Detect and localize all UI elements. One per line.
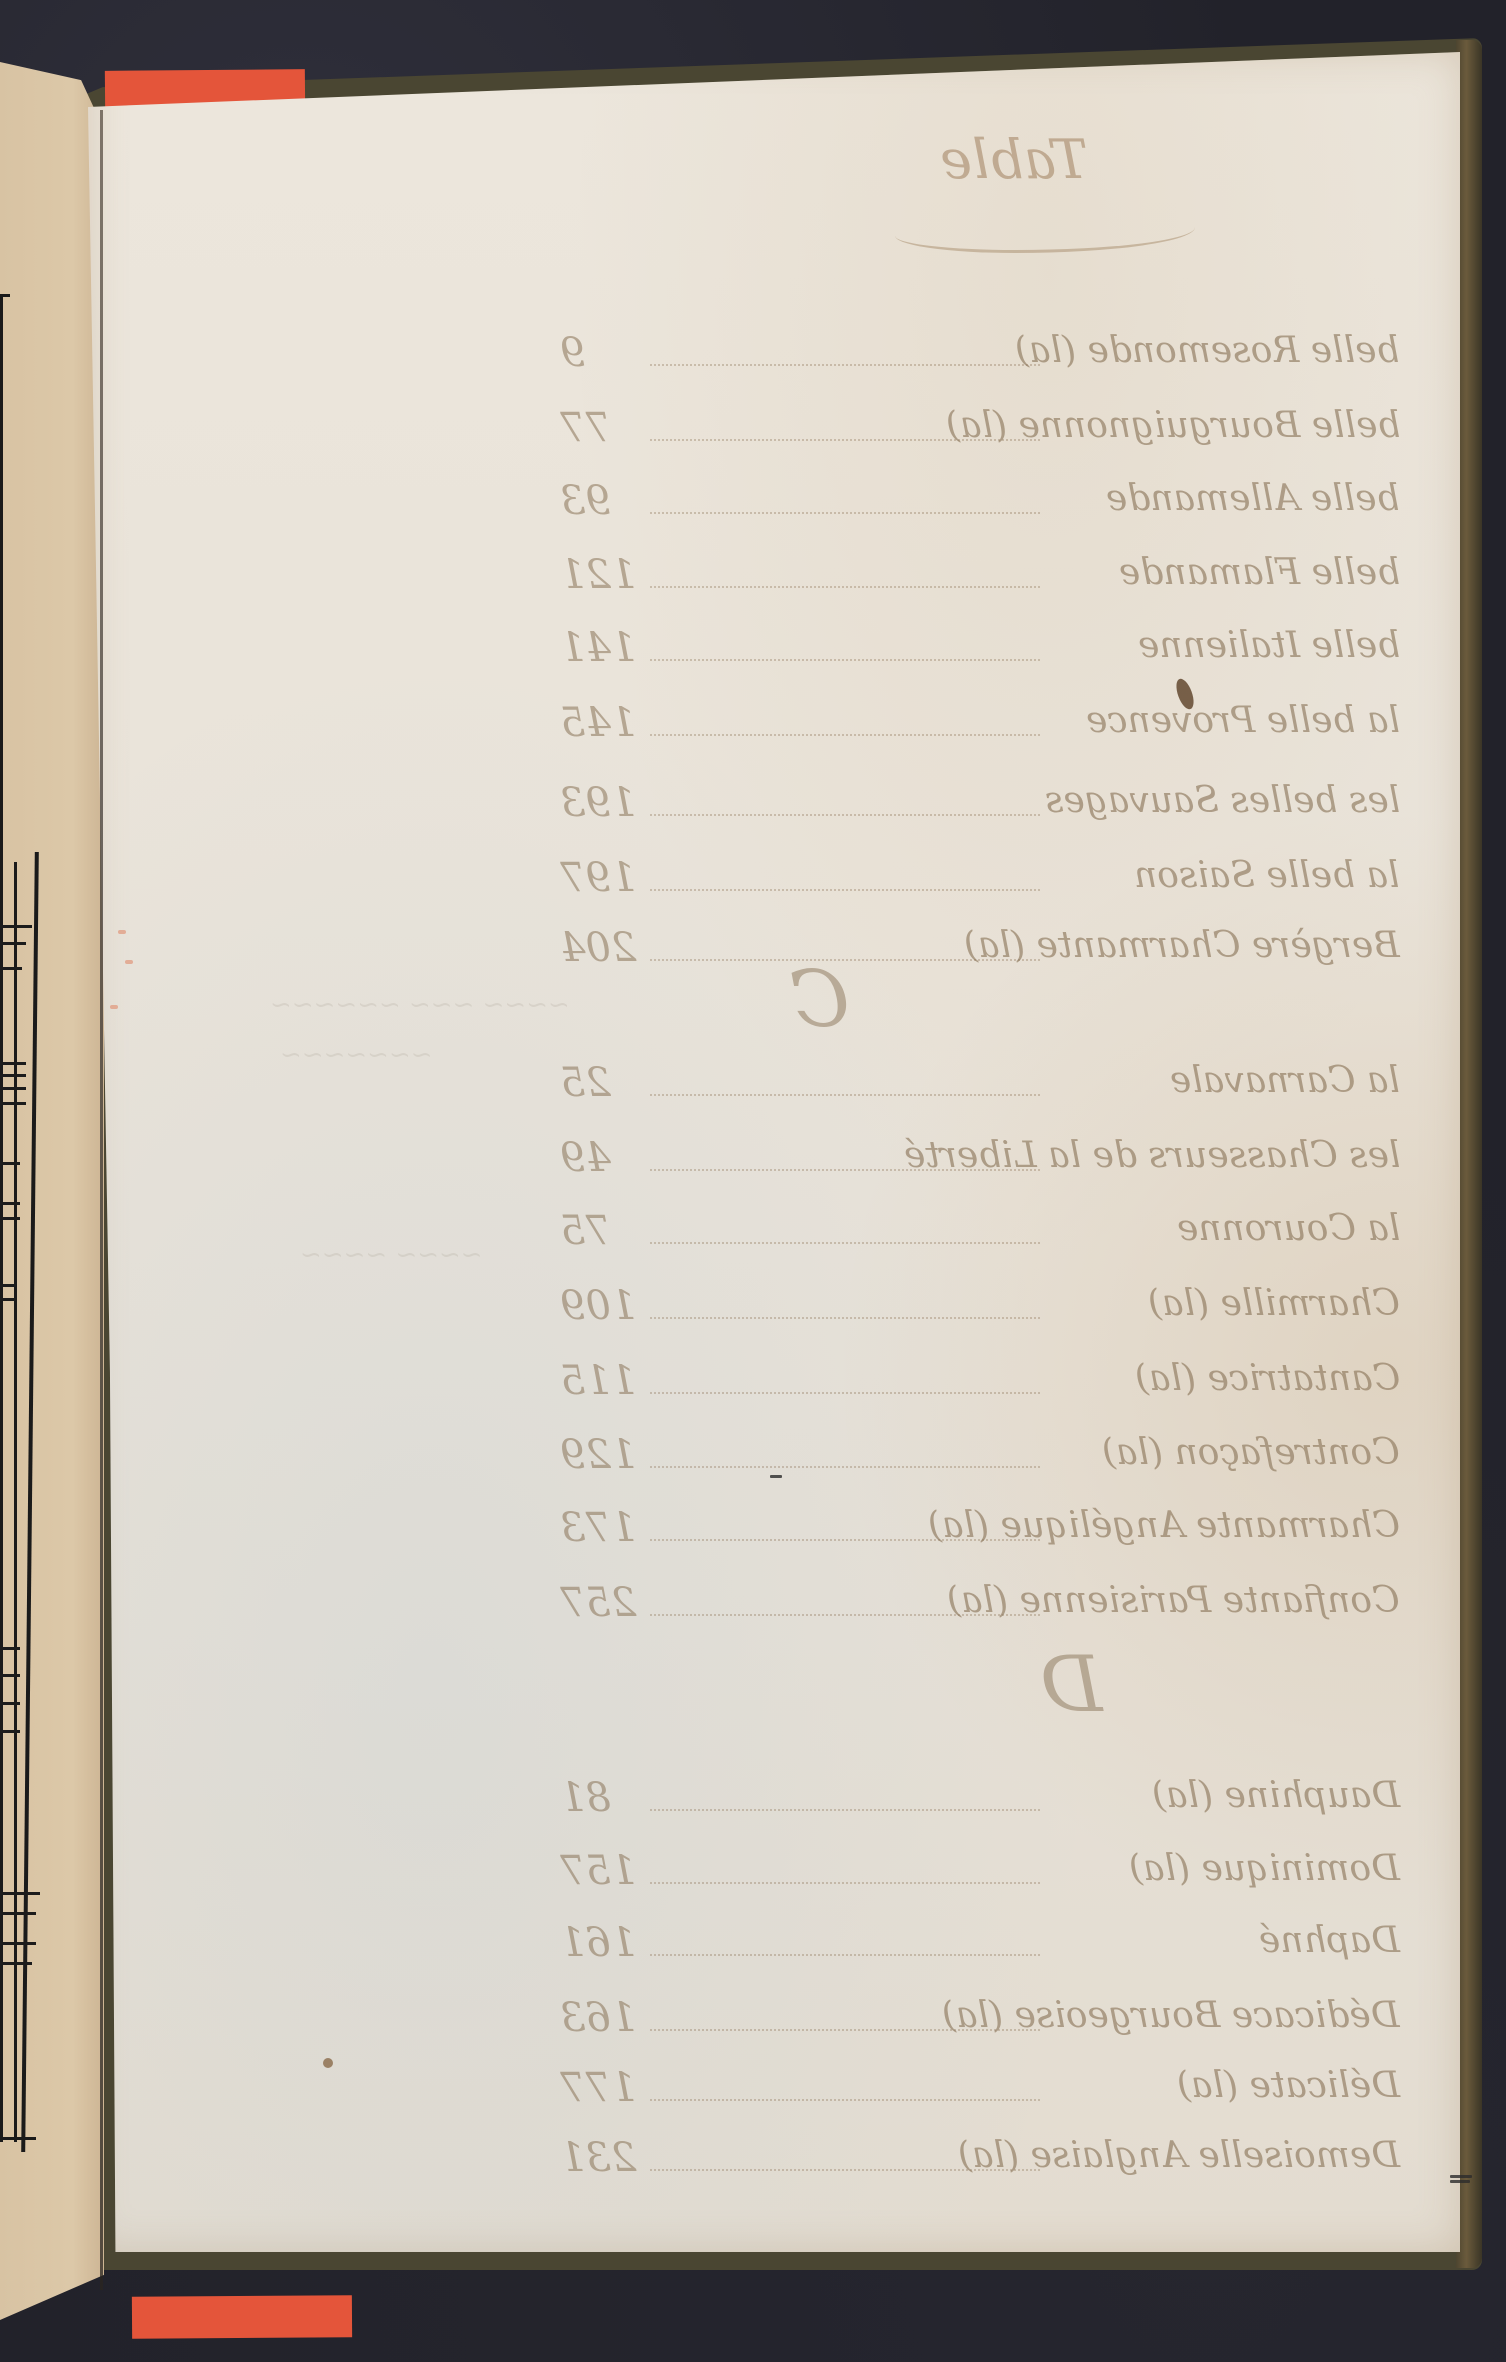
- index-entry: 93 belle Allemande: [560, 478, 1460, 538]
- index-heading: Table: [940, 128, 1088, 191]
- entry-title: Daphné: [1259, 1920, 1400, 1961]
- index-entry: 115 Cantatrice (la): [560, 1358, 1460, 1418]
- dotted-leader: [650, 1317, 1040, 1319]
- entry-title: Dominique (la): [1129, 1848, 1400, 1889]
- border-tick: [0, 1730, 20, 1733]
- dotted-leader: [650, 512, 1040, 514]
- index-entry: 173 Charmante Angélique (la): [560, 1505, 1460, 1565]
- dotted-leader: [650, 1094, 1040, 1096]
- index-entry: 75 la Couronne: [560, 1208, 1460, 1268]
- index-entry: 121 belle Flamande: [560, 552, 1460, 612]
- entry-title: belle Bourguignonne (la): [946, 405, 1400, 446]
- index-entry: 163 Dédicace Bourgeoise (la): [560, 1995, 1460, 2055]
- border-tick: [0, 1702, 20, 1705]
- index-entry: 129 Contrefaçon (la): [560, 1432, 1460, 1492]
- entry-page-number: 157: [560, 1848, 636, 1894]
- border-tick: [0, 1647, 20, 1650]
- dotted-leader: [650, 586, 1040, 588]
- border-line: [0, 2137, 36, 2140]
- index-entry: 9 belle Rosemonde (la): [560, 330, 1460, 390]
- entry-page-number: 163: [560, 1995, 636, 2041]
- paper-stain: [323, 2058, 333, 2068]
- dotted-leader: [650, 734, 1040, 736]
- red-ink-fleck: [110, 1005, 118, 1009]
- border-tick: [0, 1062, 26, 1065]
- dotted-leader: [650, 1466, 1040, 1468]
- border-tick: [0, 1074, 26, 1077]
- border-tick: [0, 1892, 40, 1895]
- entry-title: la belle Provence: [1086, 700, 1400, 741]
- border-line: [21, 852, 39, 2152]
- entry-page-number: 81: [560, 1775, 611, 1821]
- section-letter-c: C: [790, 955, 850, 1045]
- border-tick: [0, 1298, 16, 1301]
- index-entry: 197 la belle Saison: [560, 855, 1460, 915]
- border-tick: [0, 1962, 32, 1965]
- entry-title: belle Italienne: [1138, 625, 1400, 666]
- entry-page-number: 109: [560, 1283, 636, 1329]
- dotted-leader: [650, 1882, 1040, 1884]
- border-line: [0, 294, 10, 297]
- entry-title: Charmille (la): [1148, 1283, 1400, 1324]
- entry-page-number: 193: [560, 780, 636, 826]
- entry-page-number: 115: [560, 1358, 636, 1404]
- entry-title: Cantatrice (la): [1135, 1358, 1400, 1399]
- entry-page-number: 25: [560, 1060, 611, 1106]
- entry-title: Contrefaçon (la): [1102, 1432, 1400, 1473]
- dotted-leader: [650, 1242, 1040, 1244]
- index-entry: 49 les Chasseurs de la Liberté: [560, 1135, 1460, 1195]
- index-entry: 157 Dominique (la): [560, 1848, 1460, 1908]
- index-entry: 25 la Carnavale: [560, 1060, 1460, 1120]
- entry-title: Confiante Parisienne (la): [947, 1580, 1400, 1621]
- headband-ribbon-bottom: [132, 2295, 352, 2339]
- index-entry: 231 Demoiselle Anglaise (la): [560, 2135, 1460, 2195]
- ink-dash: [770, 1475, 782, 1478]
- entry-page-number: 231: [560, 2135, 636, 2181]
- entry-page-number: 204: [560, 925, 636, 971]
- entry-title: les belles Sauvages: [1045, 780, 1400, 821]
- entry-page-number: 77: [560, 405, 611, 451]
- border-tick: [0, 942, 26, 945]
- border-tick: [0, 1217, 20, 1220]
- ink-dash: [1450, 2180, 1470, 2183]
- gutter-fold: [100, 110, 103, 2290]
- dotted-leader: [650, 1392, 1040, 1394]
- section-letter-d: D: [1040, 1640, 1103, 1730]
- index-entry: 109 Charmille (la): [560, 1283, 1460, 1343]
- entry-title: belle Flamande: [1119, 552, 1400, 593]
- border-tick: [0, 1912, 36, 1915]
- index-entry: 145 la belle Provence: [560, 700, 1460, 760]
- entry-page-number: 93: [560, 478, 611, 524]
- index-entry: 81 Dauphine (la): [560, 1775, 1460, 1835]
- entry-title: la Couronne: [1177, 1208, 1400, 1249]
- border-tick: [0, 1674, 20, 1677]
- dotted-leader: [650, 1954, 1040, 1956]
- border-tick: [0, 1102, 26, 1105]
- entry-title: la Carnavale: [1170, 1060, 1400, 1101]
- heading-text: Table: [940, 128, 1088, 191]
- entry-page-number: 121: [560, 552, 636, 598]
- entry-page-number: 75: [560, 1208, 611, 1254]
- ink-dash: [1450, 2175, 1472, 2178]
- border-tick: [0, 1284, 16, 1287]
- index-entry: 193 les belles Sauvages: [560, 780, 1460, 840]
- entry-page-number: 129: [560, 1432, 636, 1478]
- dotted-leader: [650, 364, 1040, 366]
- index-entry: 257 Confiante Parisienne (la): [560, 1580, 1460, 1640]
- border-tick: [0, 1087, 26, 1090]
- dotted-leader: [650, 814, 1040, 816]
- dotted-leader: [650, 1809, 1040, 1811]
- ghost-text: ~~~~ ~~~ ~~~~~~: [270, 990, 570, 1020]
- entry-title: la belle Saison: [1134, 855, 1400, 896]
- entry-title: Dauphine (la): [1152, 1775, 1400, 1816]
- index-entry: 161 Daphné: [560, 1920, 1460, 1980]
- entry-title: Demoiselle Anglaise (la): [958, 2135, 1400, 2176]
- entry-title: les Chasseurs de la Liberté: [904, 1135, 1400, 1176]
- border-tick: [0, 1162, 20, 1165]
- border-tick: [0, 1202, 20, 1205]
- border-tick: [0, 1942, 36, 1945]
- border-tick: [0, 925, 32, 928]
- left-facing-page: [0, 62, 104, 2320]
- entry-title: Bergère Charmante (la): [964, 925, 1400, 966]
- entry-title: belle Allemande: [1106, 478, 1400, 519]
- entry-page-number: 141: [560, 625, 636, 671]
- ghost-text: ~~~~ ~~~~: [300, 1240, 483, 1270]
- entry-page-number: 161: [560, 1920, 636, 1966]
- index-entry: 204 Bergère Charmante (la): [560, 925, 1460, 985]
- entry-page-number: 145: [560, 700, 636, 746]
- entry-page-number: 49: [560, 1135, 611, 1181]
- dotted-leader: [650, 659, 1040, 661]
- ghost-text: ~~~~~~~: [280, 1040, 433, 1070]
- entry-page-number: 197: [560, 855, 636, 901]
- entry-page-number: 177: [560, 2065, 636, 2111]
- dotted-leader: [650, 2099, 1040, 2101]
- red-ink-fleck: [125, 960, 133, 964]
- index-entry: 77 belle Bourguignonne (la): [560, 405, 1460, 465]
- entry-title: Charmante Angélique (la): [928, 1505, 1400, 1546]
- entry-title: belle Rosemonde (la): [1015, 330, 1400, 371]
- entry-title: Délicate (la): [1177, 2065, 1400, 2106]
- entry-page-number: 257: [560, 1580, 636, 1626]
- entry-page-number: 9: [560, 330, 585, 376]
- index-entry: 177 Délicate (la): [560, 2065, 1460, 2125]
- red-ink-fleck: [118, 930, 126, 934]
- index-entry: 141 belle Italienne: [560, 625, 1460, 685]
- border-line: [14, 862, 17, 2142]
- dotted-leader: [650, 889, 1040, 891]
- entry-page-number: 173: [560, 1505, 636, 1551]
- entry-title: Dédicace Bourgeoise (la): [942, 1995, 1400, 2036]
- border-tick: [0, 967, 22, 970]
